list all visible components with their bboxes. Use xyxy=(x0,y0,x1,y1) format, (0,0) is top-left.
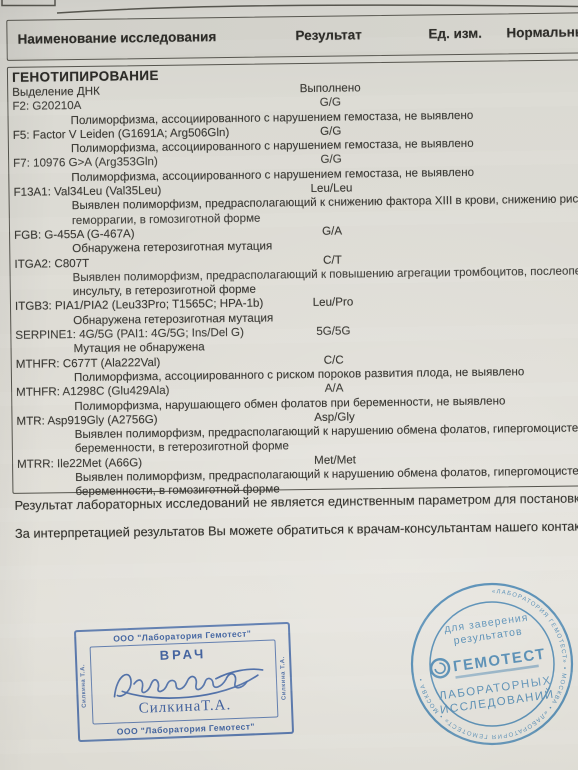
stamp-inner-frame: ВРАЧ СилкинаТ.А. xyxy=(90,639,279,724)
gene-result: C/C xyxy=(272,352,396,368)
gene-name: ITGA2: C807T xyxy=(14,256,89,271)
gene-name: FGB: G-455A (G-467A) xyxy=(14,227,135,243)
gene-result: G/G xyxy=(269,124,393,140)
gene-result: Leu/Leu xyxy=(269,181,393,197)
table-row: F13A1: Val34Leu (Val35Leu) Leu/Leu Выявл… xyxy=(9,178,578,229)
header-col-result: Результат xyxy=(295,27,362,43)
gene-result: Met/Met xyxy=(273,453,397,469)
gene-result: Выполнено xyxy=(268,81,392,97)
contact-line: За интерпретацией результатов Вы можете … xyxy=(15,518,578,541)
header-col-name: Наименование исследования xyxy=(17,29,216,47)
gene-result: 5G/5G xyxy=(271,324,395,340)
table-row: MTR: Asp919Gly (A2756G) Asp/Gly Выявлен … xyxy=(12,407,578,458)
lab-report-photo: Наименование исследования Результат Ед. … xyxy=(0,0,578,770)
doctor-stamp: ООО "Лаборатория Гемотест" ООО "Лаборато… xyxy=(74,622,294,742)
results-rows: Выделение ДНК Выполнено F2: G20210A G/G … xyxy=(8,78,578,501)
gene-result: A/A xyxy=(272,381,396,397)
round-stamp: «ЛАБОРАТОРИЯ ГЕМОТЕСТ» • МОСКВА • «ЛАБОР… xyxy=(404,576,578,752)
gene-result: G/G xyxy=(268,95,392,111)
header-col-normal: Нормальные xyxy=(506,24,578,40)
previous-table-edge xyxy=(0,0,578,20)
gene-result: G/G xyxy=(269,152,393,168)
header-col-unit: Ед. изм. xyxy=(428,26,482,42)
gene-name: Выделение ДНК xyxy=(12,85,100,100)
gene-result: Leu/Pro xyxy=(271,295,395,311)
table-row: ITGA2: C807T C/T Выявлен полиморфизм, пр… xyxy=(10,249,578,300)
gemotest-logo-icon xyxy=(430,658,450,678)
gene-name: F2: G20210A xyxy=(12,99,81,114)
results-table: ГЕНОТИПИРОВАНИЕ Выделение ДНК Выполнено … xyxy=(7,59,578,494)
